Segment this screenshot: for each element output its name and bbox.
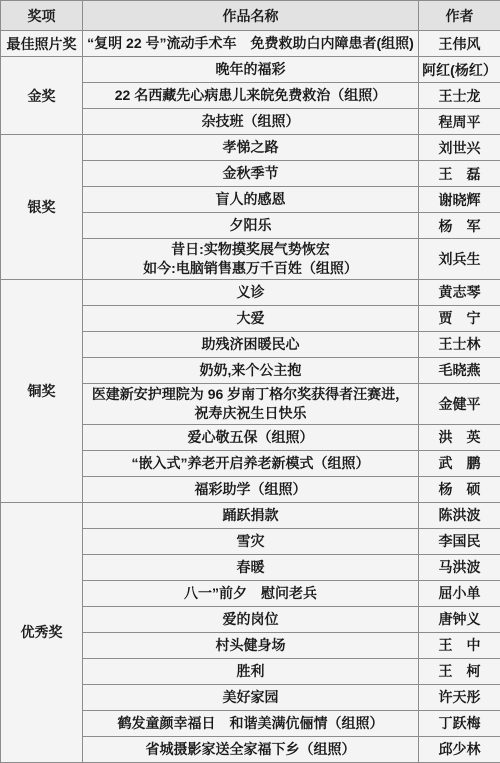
author-cell: 许天彤 (419, 684, 500, 710)
award-category-cell: 银奖 (1, 135, 83, 280)
work-title-cell: 助残济困暖民心 (83, 331, 419, 357)
work-title-cell: 22 名西藏先心病患儿来皖免费救治（组照） (83, 83, 419, 109)
author-cell: 杨 军 (419, 213, 500, 239)
work-title-cell: “复明 22 号”流动手术车 免费救助白内障患者(组照) (83, 31, 419, 57)
author-cell: 王士龙 (419, 83, 500, 109)
table-row: 优秀奖踊跃捐款 陈洪波 (1, 502, 500, 528)
work-title-cell: 杂技班（组照） (83, 109, 419, 135)
table-row: 最佳照片奖“复明 22 号”流动手术车 免费救助白内障患者(组照) 王伟风 (1, 31, 500, 57)
work-title-cell: 夕阳乐 (83, 213, 419, 239)
work-title-cell: 八一”前夕 慰问老兵 (83, 580, 419, 606)
work-title-cell: 爱心敬五保（组照） (83, 424, 419, 450)
table-row: 金奖晚年的福彩 阿红(杨红） (1, 57, 500, 83)
author-cell: 刘世兴 (419, 135, 500, 161)
author-cell: 陈洪波 (419, 502, 500, 528)
author-cell: 王 柯 (419, 658, 500, 684)
header-row: 奖项 作品名称 作者 (1, 1, 500, 31)
author-cell: 程周平 (419, 109, 500, 135)
author-cell: 武 鹏 (419, 450, 500, 476)
work-title-cell: 福彩助学（组照） (83, 476, 419, 502)
award-category-cell: 铜奖 (1, 279, 83, 502)
author-cell: 谢晓辉 (419, 187, 500, 213)
work-title-cell: 金秋季节 (83, 161, 419, 187)
header-title: 作品名称 (83, 1, 419, 31)
work-title-cell: 省城摄影家送全家福下乡（组照） (83, 736, 419, 762)
work-title-cell: 鹤发童颜幸福日 和谐美满伉俪情（组照） (83, 710, 419, 736)
author-cell: 马洪波 (419, 554, 500, 580)
author-cell: 王士林 (419, 331, 500, 357)
work-title-cell: 胜利 (83, 658, 419, 684)
work-title-cell: “嵌入式”养老开启养老新模式（组照） (83, 450, 419, 476)
author-cell: 王 磊 (419, 161, 500, 187)
author-cell: 唐钟义 (419, 606, 500, 632)
award-category-cell: 优秀奖 (1, 502, 83, 762)
work-title-cell: 大爱 (83, 305, 419, 331)
author-cell: 邱少林 (419, 736, 500, 762)
author-cell: 贾 宁 (419, 305, 500, 331)
author-cell: 洪 英 (419, 424, 500, 450)
awards-page: 奖项 作品名称 作者 最佳照片奖“复明 22 号”流动手术车 免费救助白内障患者… (0, 0, 500, 763)
author-cell: 杨 硕 (419, 476, 500, 502)
work-title-cell: 雪灾 (83, 528, 419, 554)
work-title-cell: 孝悌之路 (83, 135, 419, 161)
author-cell: 李国民 (419, 528, 500, 554)
work-title-cell: 医建新安护理院为 96 岁南丁格尔奖获得者汪赛进， 祝寿庆祝生日快乐 (83, 383, 419, 424)
author-cell: 阿红(杨红） (419, 57, 500, 83)
work-title-cell: 盲人的感恩 (83, 187, 419, 213)
author-cell: 金健平 (419, 383, 500, 424)
award-category-cell: 金奖 (1, 57, 83, 135)
work-title-cell: 美好家园 (83, 684, 419, 710)
table-header: 奖项 作品名称 作者 (1, 1, 500, 31)
author-cell: 毛晓燕 (419, 357, 500, 383)
author-cell: 王伟风 (419, 31, 500, 57)
award-table-body: 最佳照片奖“复明 22 号”流动手术车 免费救助白内障患者(组照) 王伟风 金奖… (1, 31, 500, 763)
header-author: 作者 (419, 1, 500, 31)
work-title-cell: 踊跃捐款 (83, 502, 419, 528)
author-cell: 黄志琴 (419, 279, 500, 305)
work-title-cell: 昔日:实物摸奖展气势恢宏 如今:电脑销售惠万千百姓（组照） (83, 239, 419, 280)
author-cell: 王 中 (419, 632, 500, 658)
work-title-cell: 村头健身场 (83, 632, 419, 658)
work-title-cell: 春暖 (83, 554, 419, 580)
table-row: 银奖孝悌之路 刘世兴 (1, 135, 500, 161)
award-category-cell: 最佳照片奖 (1, 31, 83, 57)
awards-table: 奖项 作品名称 作者 最佳照片奖“复明 22 号”流动手术车 免费救助白内障患者… (0, 0, 500, 763)
work-title-cell: 爱的岗位 (83, 606, 419, 632)
work-title-cell: 义诊 (83, 279, 419, 305)
author-cell: 丁跃梅 (419, 710, 500, 736)
header-award: 奖项 (1, 1, 83, 31)
work-title-cell: 晚年的福彩 (83, 57, 419, 83)
work-title-cell: 奶奶,来个公主抱 (83, 357, 419, 383)
table-row: 铜奖义诊 黄志琴 (1, 279, 500, 305)
author-cell: 刘兵生 (419, 239, 500, 280)
author-cell: 屈小单 (419, 580, 500, 606)
